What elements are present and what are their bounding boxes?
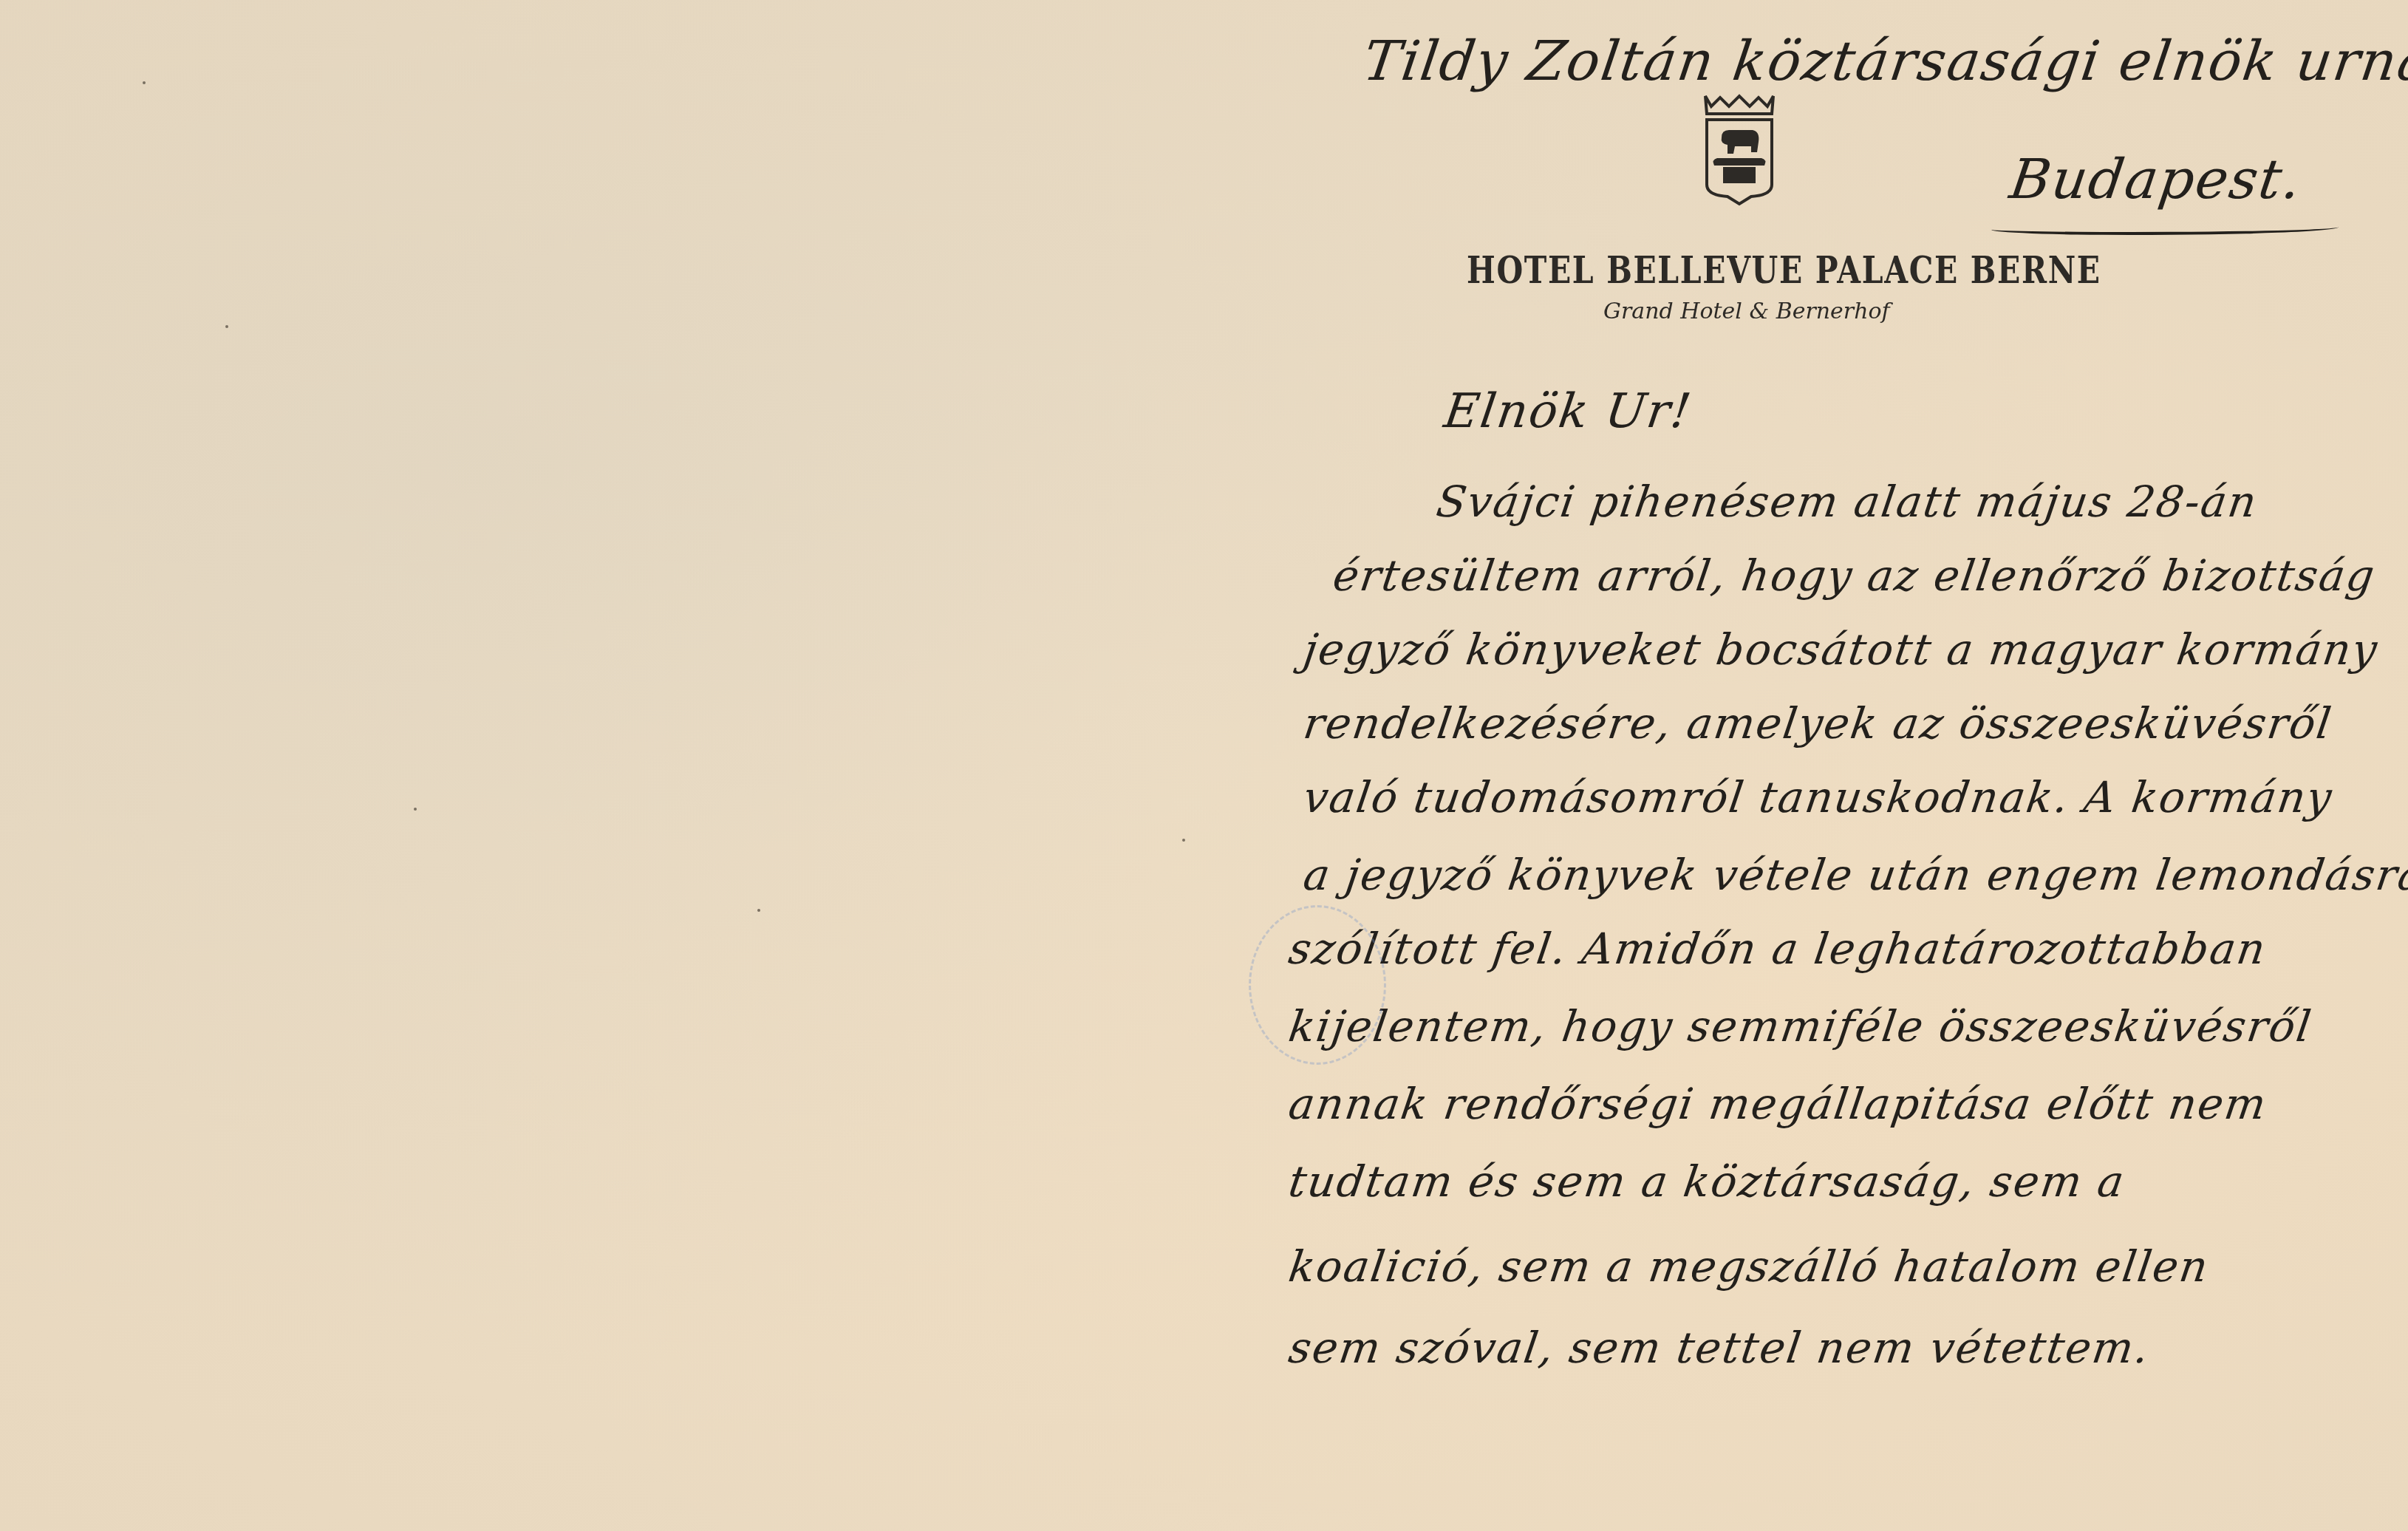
paper-speck xyxy=(1182,839,1185,842)
right-page-letter: Tildy Zoltán köztársasági elnök urnak Bu… xyxy=(1204,0,2408,1531)
faint-ink-stamp xyxy=(1249,905,1386,1065)
salutation: Elnök Ur! xyxy=(1441,384,1696,439)
letter-line: értesültem arról, hogy az ellenőrző bizo… xyxy=(1330,550,2378,601)
paper-speck xyxy=(757,909,760,912)
letter-line: jegyző könyveket bocsátott a magyar korm… xyxy=(1300,624,2381,675)
letter-line: kijelentem, hogy semmiféle összeesküvésr… xyxy=(1286,1001,2316,1051)
letter-line: tudtam és sem a köztársaság, sem a xyxy=(1286,1156,2129,1207)
letter-line: koalició, sem a megszálló hatalom ellen xyxy=(1286,1241,2212,1292)
hotel-name: HOTEL BELLEVUE PALACE BERNE xyxy=(1467,248,2101,292)
letter-line: rendelkezésére, amelyek az összeesküvésr… xyxy=(1300,698,2336,749)
paper-speck xyxy=(414,808,417,811)
city-underline xyxy=(1991,222,2339,235)
paper-speck xyxy=(225,325,228,328)
letter-line: sem szóval, sem tettel nem vétettem. xyxy=(1286,1323,2153,1373)
city-line: Budapest. xyxy=(2006,148,2306,211)
left-page-blank xyxy=(0,0,1204,1531)
bern-bear-crest-icon xyxy=(1699,89,1779,207)
letter-line: a jegyző könyvek vétele után engem lemon… xyxy=(1300,850,2408,900)
addressee-line: Tildy Zoltán köztársasági elnök urnak xyxy=(1360,30,2408,93)
hotel-subtitle: Grand Hotel & Bernerhof xyxy=(1603,299,1890,324)
letter-line: annak rendőrségi megállapitása előtt nem xyxy=(1286,1079,2271,1129)
letter-line: szólított fel. Amidőn a leghatározottabb… xyxy=(1286,924,2270,974)
paper-speck xyxy=(143,81,146,84)
letter-line: Svájci pihenésem alatt május 28-án xyxy=(1433,477,2261,527)
letter-line: való tudomásomról tanuskodnak. A kormány xyxy=(1300,772,2336,822)
document-spread: Tildy Zoltán köztársasági elnök urnak Bu… xyxy=(0,0,2408,1531)
